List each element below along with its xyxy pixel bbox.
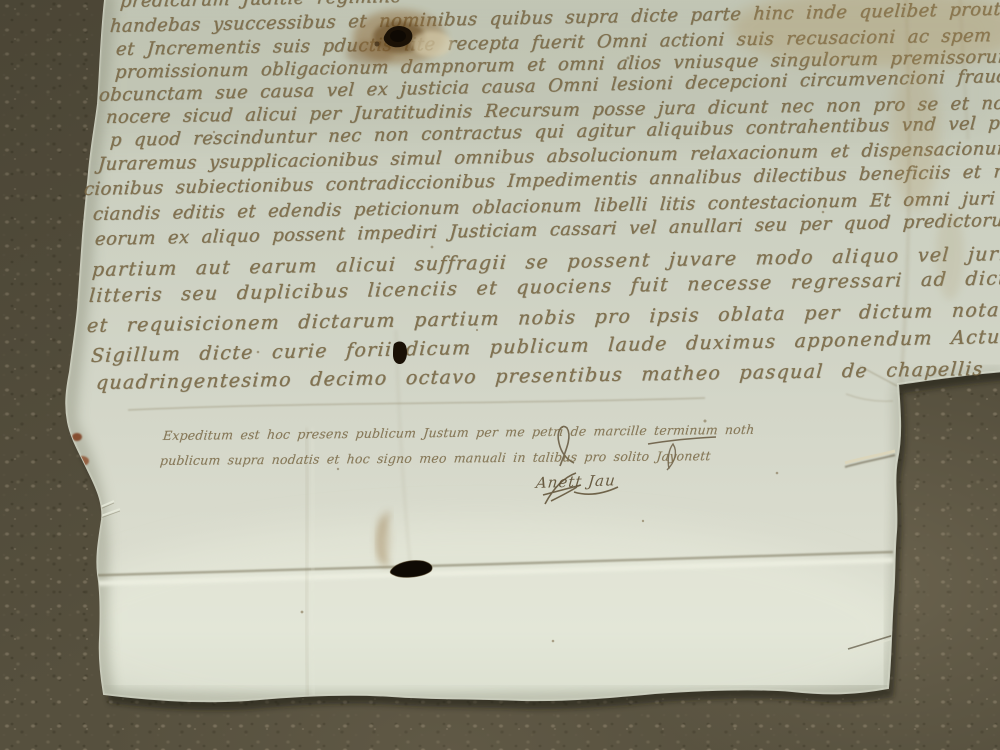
worm-hole-bottom xyxy=(390,560,432,577)
burn-smudge xyxy=(346,41,394,65)
red-stain-2 xyxy=(75,456,89,466)
worm-hole-middle xyxy=(393,342,407,364)
red-stain xyxy=(72,433,82,441)
photo-of-parchment: predicarum Juditie regimine handebas ysu… xyxy=(0,0,1000,750)
stain-right-crease xyxy=(891,60,939,210)
ink-speck xyxy=(375,42,380,47)
freckle-spots xyxy=(213,57,825,643)
stain-top-right xyxy=(730,0,1000,68)
worm-hole-top-core xyxy=(390,30,406,42)
pale-blotch xyxy=(412,31,452,57)
stain-bottom xyxy=(376,516,390,564)
stain-right-lower xyxy=(936,210,964,300)
red-stain-dot xyxy=(68,446,72,450)
damage-layer xyxy=(0,0,1000,750)
